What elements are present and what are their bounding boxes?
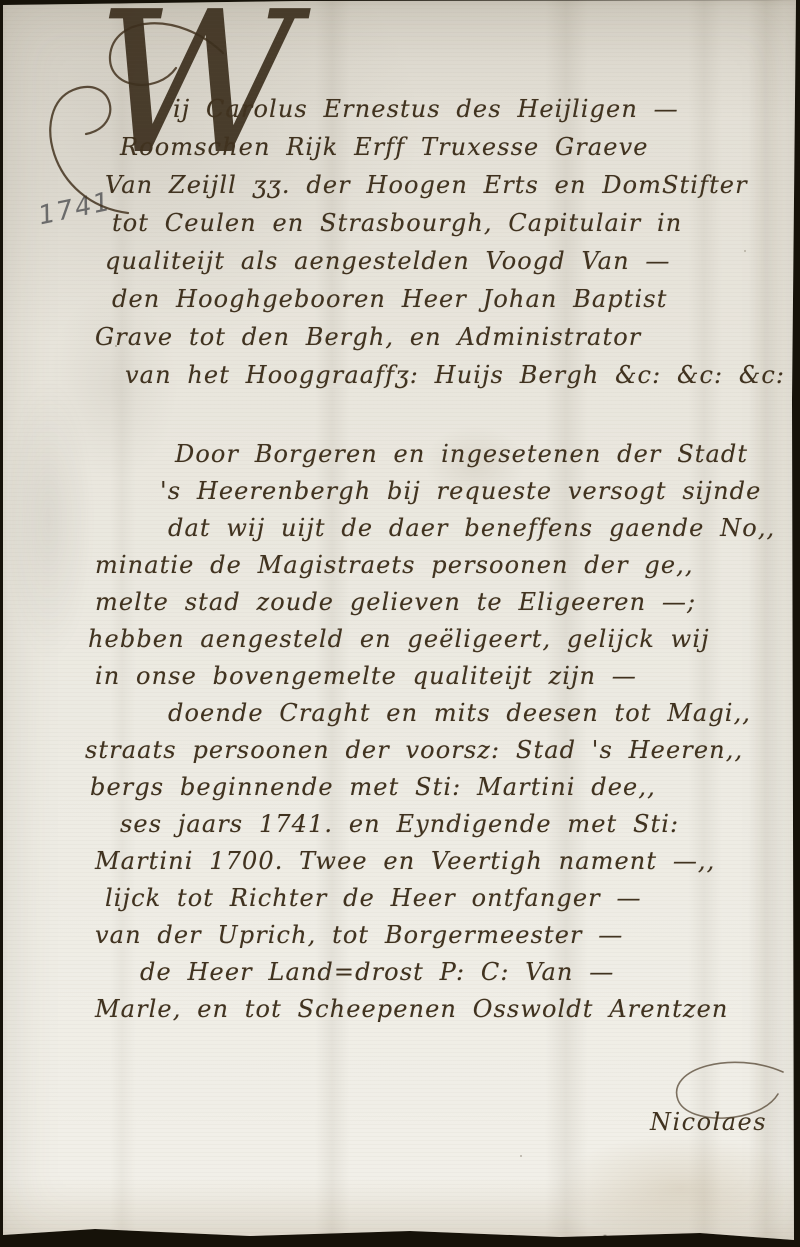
dust-specks: [0, 0, 2, 2]
manuscript-line: Grave tot den Bergh, en Administrator: [95, 318, 785, 356]
main-paragraph: Door Borgeren en ingesetenen der Stadt '…: [85, 436, 785, 1028]
manuscript-line: minatie de Magistraets persoonen der ge,…: [95, 547, 785, 584]
manuscript-line: tot Ceulen en Strasbourgh, Capitulair in: [112, 204, 785, 242]
manuscript-line: ij Carolus Ernestus des Heijligen —: [173, 90, 785, 128]
manuscript-line: straats persoonen der voorsz: Stad 's He…: [85, 732, 785, 769]
manuscript-line: Door Borgeren en ingesetenen der Stadt: [175, 436, 785, 473]
manuscript-line: den Hooghgebooren Heer Johan Baptist: [112, 280, 785, 318]
manuscript-line: van het Hooggraaffʒ: Huijs Bergh &c: &c:…: [125, 356, 785, 394]
manuscript-line: 's Heerenbergh bij requeste versogt sijn…: [160, 473, 785, 510]
manuscript-line: Roomschen Rijk Erff Truxesse Graeve: [120, 128, 785, 166]
manuscript-line: dat wij uijt de daer beneffens gaende No…: [168, 510, 785, 547]
manuscript-line: lijck tot Richter de Heer ontfanger —: [105, 880, 785, 917]
manuscript-line: in onse bovengemelte qualiteijt zijn —: [95, 658, 785, 695]
manuscript-line: qualiteijt als aengestelden Voogd Van —: [105, 242, 785, 280]
photographed-manuscript: { "page": { "margin_year": "1741", "drop…: [0, 0, 800, 1247]
manuscript-line: de Heer Land=drost P: C: Van —: [140, 954, 785, 991]
manuscript-line: Marle, en tot Scheepenen Osswoldt Arentz…: [95, 991, 785, 1028]
manuscript-line: bergs beginnende met Sti: Martini dee,,: [90, 769, 785, 806]
manuscript-line: doende Craght en mits deesen tot Magi,,: [168, 695, 785, 732]
manuscript-line: ses jaars 1741. en Eyndigende met Sti:: [120, 806, 785, 843]
opening-paragraph: ij Carolus Ernestus des Heijligen — Room…: [95, 90, 785, 394]
manuscript-line: Van Zeijll ʒʒ. der Hoogen Erts en DomSti…: [105, 166, 785, 204]
paper-discoloration: [555, 1135, 800, 1240]
manuscript-line: hebben aengesteld en geëligeert, gelijck…: [88, 621, 785, 658]
ink-showthrough: [4, 380, 94, 660]
manuscript-line: Martini 1700. Twee en Veertigh nament —,…: [95, 843, 785, 880]
paper-sheet: 1741 W ij Carolus Ernestus des Heijligen…: [0, 0, 800, 1247]
catchword: Nicolaes: [650, 1108, 767, 1136]
manuscript-line: melte stad zoude gelieven te Eligeeren —…: [95, 584, 785, 621]
manuscript-line: van der Uprich, tot Borgermeester —: [95, 917, 785, 954]
